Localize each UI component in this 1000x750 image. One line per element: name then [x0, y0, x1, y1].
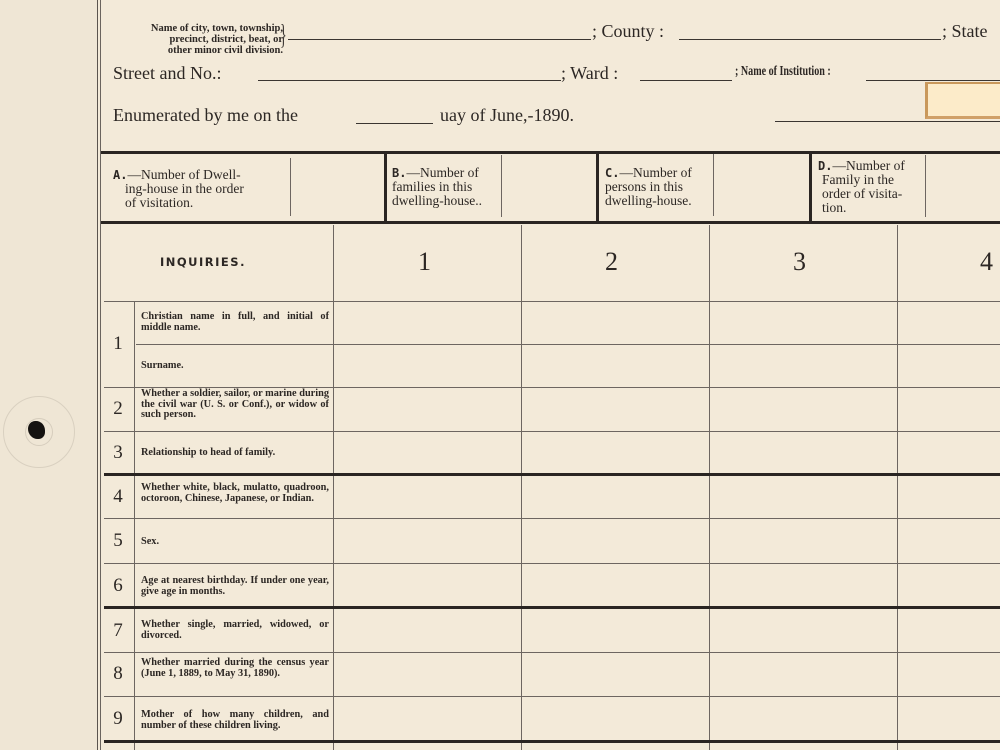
box-c-label: C.—Number of persons in this dwelling-ho… [605, 166, 713, 208]
inquiry-8: Whether married during the census year (… [141, 658, 329, 679]
margin-rule [100, 0, 101, 750]
column-header-4: 4 [980, 247, 993, 277]
inquiry-1a: Christian name in full, and initial of m… [141, 312, 329, 333]
box-a-letter: A. [113, 168, 127, 182]
box-c-line: persons in this [605, 180, 713, 194]
row-number-1: 1 [104, 333, 132, 355]
row-number-2: 2 [104, 398, 132, 420]
inquiries-header: INQUIRIES. [160, 255, 246, 269]
brace-icon: } [280, 22, 287, 50]
row-rule-thick [104, 740, 1000, 743]
row-number-3: 3 [104, 442, 132, 464]
row-rule [104, 696, 1000, 697]
column-rule [709, 225, 710, 750]
day-field[interactable] [356, 123, 433, 124]
box-d-line: —Number of [832, 158, 904, 173]
street-field[interactable] [258, 80, 561, 81]
column-rule [897, 225, 898, 750]
box-c-line: —Number of [619, 165, 691, 180]
enumerated-prefix: Enumerated by me on the [113, 105, 298, 126]
place-label-line: other minor civil division. [113, 45, 283, 56]
box-c-letter: C. [605, 166, 619, 180]
box-d-divider [925, 155, 926, 217]
inquiry-6: Age at nearest birthday. If under one ye… [141, 576, 329, 597]
place-field[interactable] [288, 39, 591, 40]
box-d-letter: D. [818, 159, 832, 173]
census-schedule-page: Name of city, town, township, precinct, … [0, 0, 1000, 750]
row-rule [104, 431, 1000, 432]
box-d-value[interactable] [927, 158, 1000, 216]
paper-repair-patch [925, 82, 1000, 119]
punch-hole-icon [28, 421, 45, 439]
box-c-value[interactable] [715, 158, 805, 216]
inquiry-9: Mother of how many children, and number … [141, 710, 329, 731]
box-b-letter: B. [392, 166, 406, 180]
box-a-line: of visitation. [113, 196, 283, 210]
row-rule [104, 563, 1000, 564]
place-label: Name of city, town, township, precinct, … [113, 23, 283, 56]
ward-label: ; Ward : [561, 63, 618, 84]
enumerated-suffix: uay of June,-1890. [440, 105, 574, 126]
row-number-8: 8 [104, 663, 132, 685]
box-b-line: dwelling-house.. [392, 194, 500, 208]
box-c-divider [713, 154, 714, 216]
column-header-2: 2 [605, 247, 618, 277]
box-a-line: ing-house in the order [113, 182, 283, 196]
inquiry-3: Relationship to head of family. [141, 448, 329, 459]
box-b-line: families in this [392, 180, 500, 194]
county-label: ; County : [592, 21, 664, 42]
box-b-divider [501, 155, 502, 217]
rownum-rule [134, 302, 135, 750]
place-label-line: precinct, district, beat, or [113, 34, 283, 45]
row-number-6: 6 [104, 575, 132, 597]
box-d-label: D.—Number of Family in the order of visi… [818, 159, 924, 215]
margin-rule [97, 0, 98, 750]
row-number-9: 9 [104, 708, 132, 730]
box-b-value[interactable] [503, 158, 593, 216]
inquiry-text: Christian name in full, and initial of m… [141, 311, 329, 333]
row-rule [104, 518, 1000, 519]
state-label: ; State [942, 21, 988, 42]
inquiry-5: Sex. [141, 537, 329, 548]
inquiry-4: Whether white, black, mulatto, quadroon,… [141, 483, 329, 504]
street-label: Street and No.: [113, 63, 221, 84]
binding-margin [0, 0, 97, 750]
column-rule [333, 225, 334, 750]
column-header-1: 1 [418, 247, 431, 277]
institution-label: ; Name of Institution : [735, 64, 831, 80]
box-a-label: A.—Number of Dwell- ing-house in the ord… [113, 168, 283, 210]
box-a-line: —Number of Dwell- [127, 167, 240, 182]
rule-thick [101, 151, 1000, 154]
ward-field[interactable] [640, 80, 732, 81]
institution-field[interactable] [866, 80, 1000, 81]
place-label-line: Name of city, town, township, [113, 23, 283, 34]
row-rule [104, 301, 1000, 302]
box-divider [809, 154, 812, 221]
inquiry-2: Whether a soldier, sailor, or marine dur… [141, 389, 329, 421]
inquiry-7: Whether single, married, widowed, or div… [141, 620, 329, 641]
column-rule [521, 225, 522, 750]
box-a-value[interactable] [292, 158, 382, 216]
row-rule-thick [104, 606, 1000, 609]
row-rule [136, 344, 1000, 345]
row-rule [104, 652, 1000, 653]
row-number-4: 4 [104, 486, 132, 508]
rule-thick [101, 221, 1000, 224]
row-number-7: 7 [104, 620, 132, 642]
signature-field[interactable] [775, 121, 1000, 122]
county-field[interactable] [679, 39, 941, 40]
box-d-line: tion. [818, 201, 924, 215]
column-header-3: 3 [793, 247, 806, 277]
box-c-line: dwelling-house. [605, 194, 713, 208]
inquiry-1b: Surname. [141, 361, 329, 372]
row-rule-thick [104, 473, 1000, 476]
box-d-line: Family in the [818, 173, 924, 187]
box-b-line: —Number of [406, 165, 478, 180]
box-b-label: B.—Number of families in this dwelling-h… [392, 166, 500, 208]
box-d-line: order of visita- [818, 187, 924, 201]
box-divider [596, 154, 599, 221]
box-a-divider [290, 158, 291, 216]
row-number-5: 5 [104, 530, 132, 552]
box-divider [384, 154, 387, 221]
